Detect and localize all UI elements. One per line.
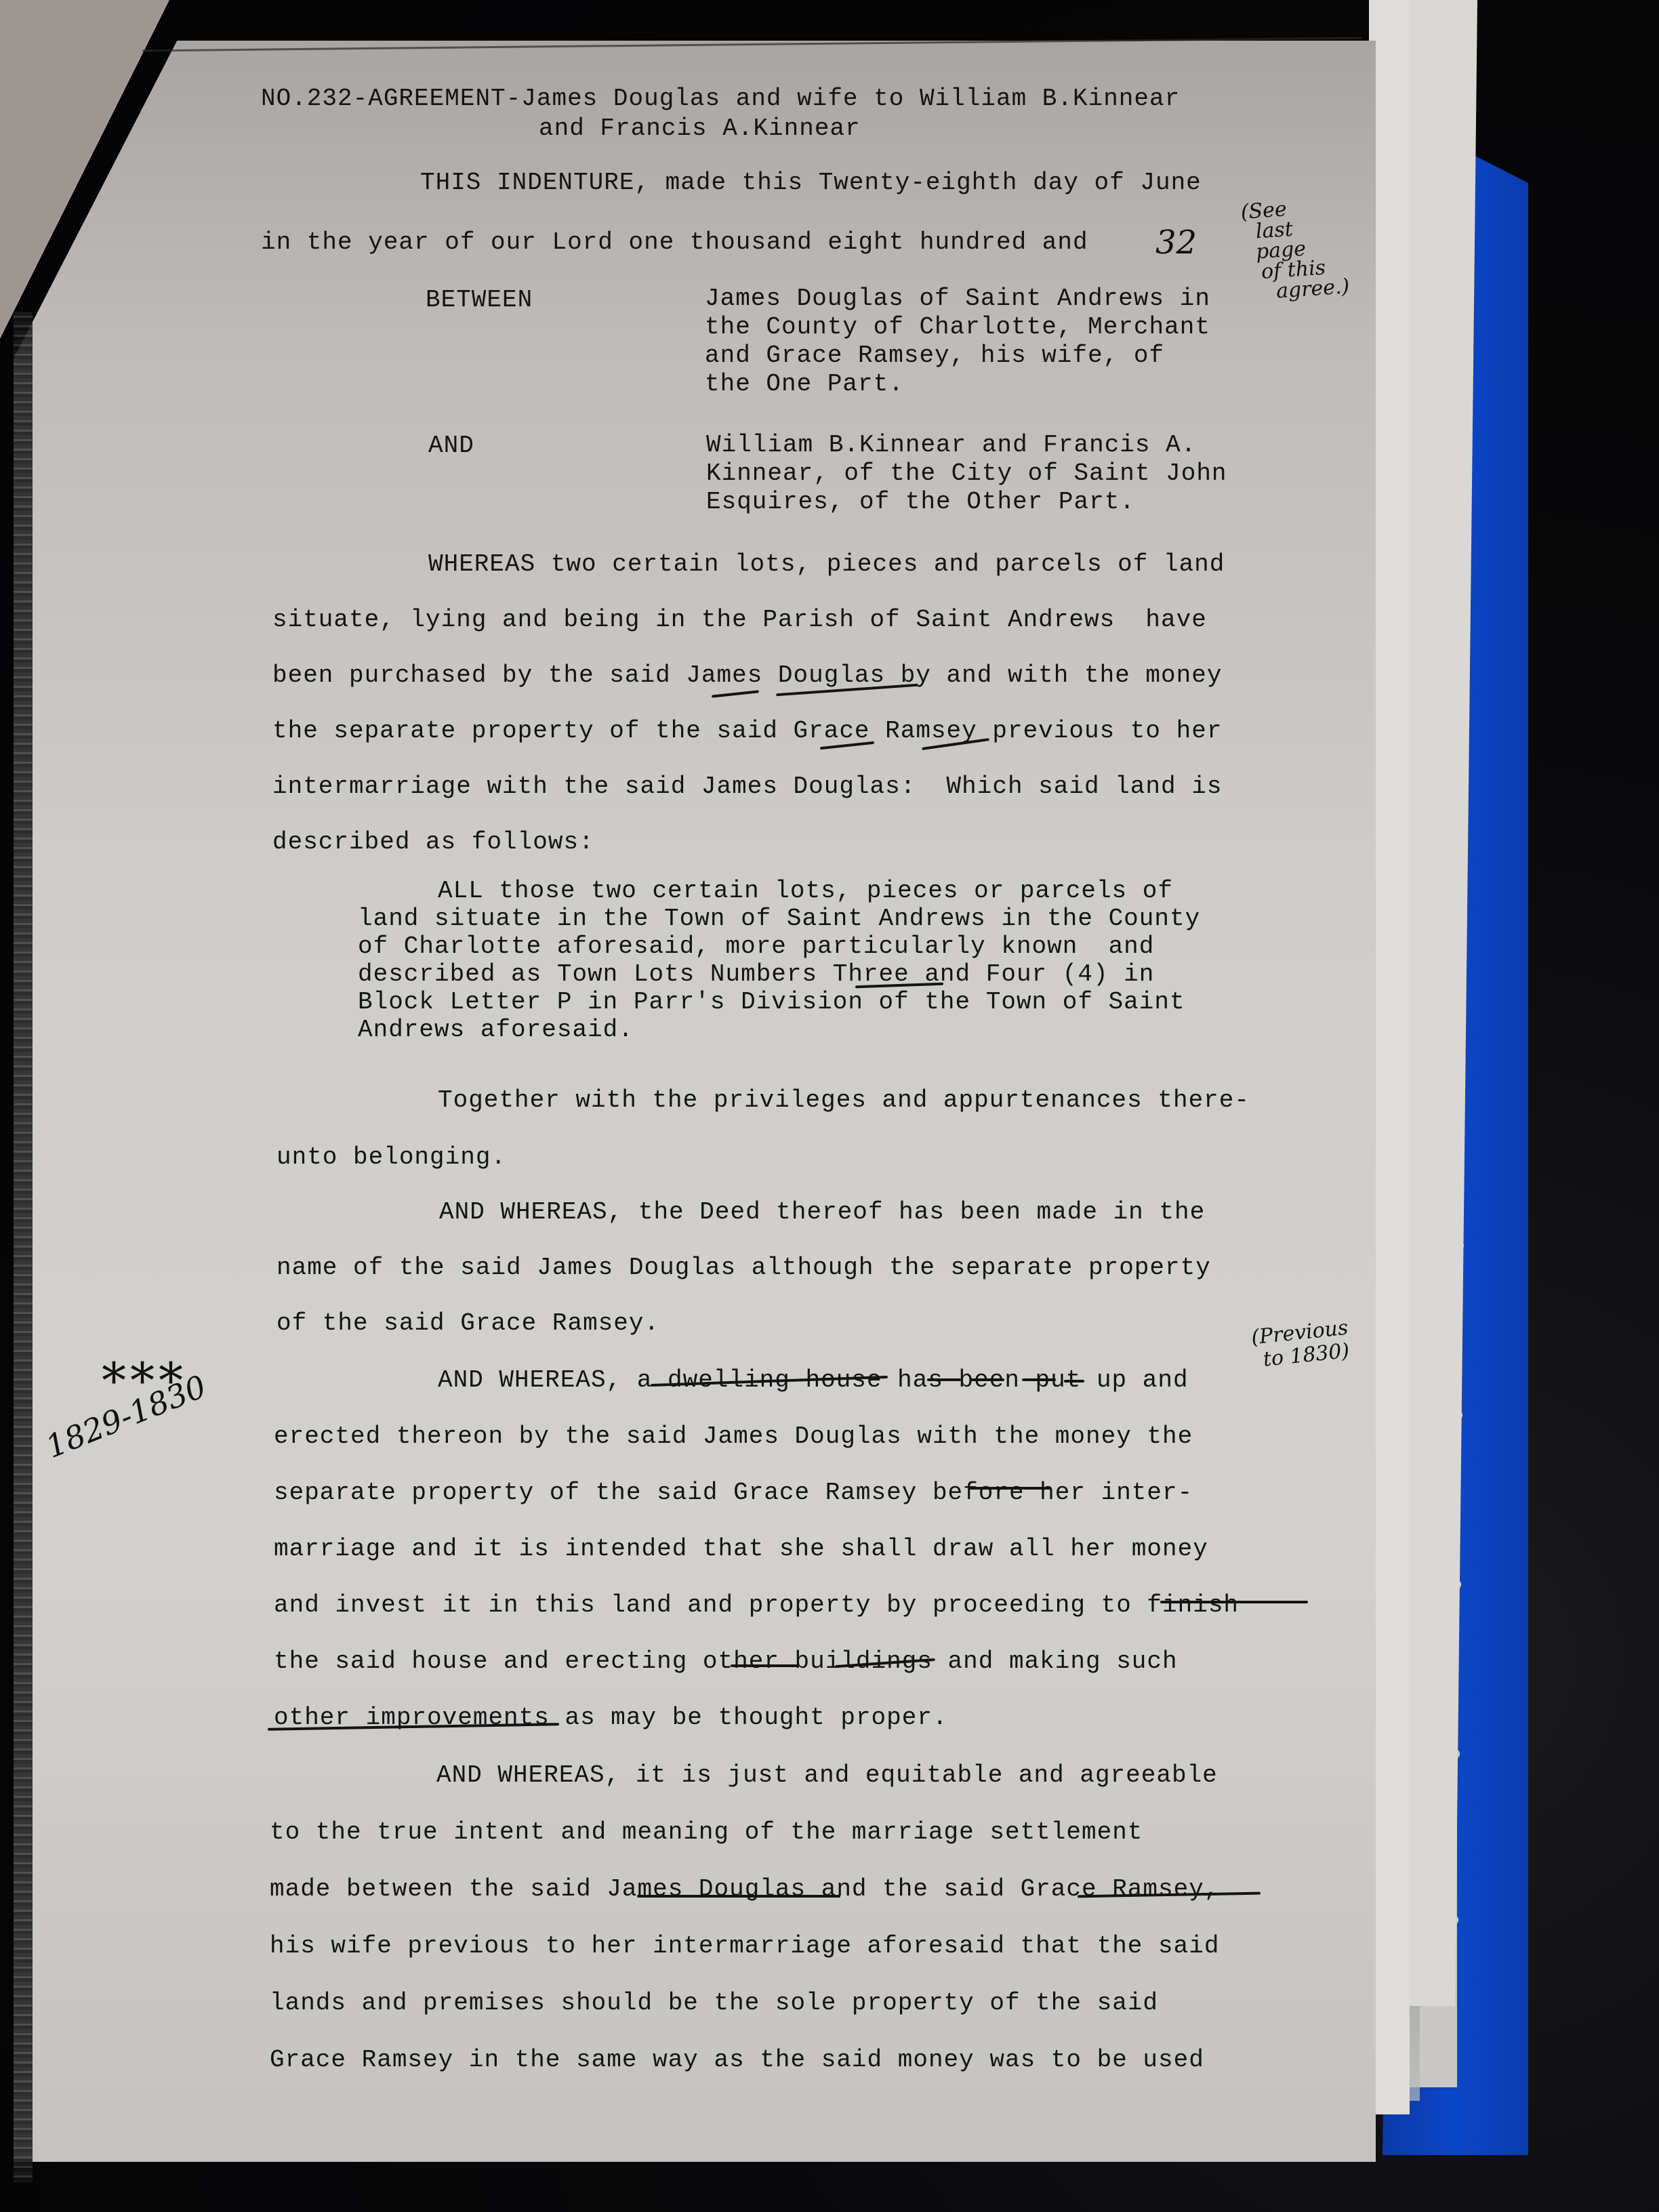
whereas-paragraph-4: AND WHEREAS, it is just and equitable an… xyxy=(270,1747,1219,2089)
description-line: land situate in the Town of Saint Andrew… xyxy=(358,905,1200,933)
page-edge-shadow xyxy=(14,312,33,2182)
description-line: ALL those two certain lots, pieces or pa… xyxy=(438,877,1280,905)
handwritten-underline xyxy=(731,1664,798,1667)
handwritten-underline xyxy=(970,1378,1004,1381)
description-line: of Charlotte aforesaid, more particularl… xyxy=(358,933,1200,960)
party-line: the County of Charlotte, Merchant xyxy=(705,313,1210,342)
together-paragraph: Together with the privileges and appurte… xyxy=(276,1072,1088,1186)
paragraph-line: situate, lying and being in the Parish o… xyxy=(272,592,1222,648)
handwritten-underline xyxy=(1064,1380,1084,1382)
paragraph-line: to the true intent and meaning of the ma… xyxy=(270,1804,1219,1861)
description-line: Andrews aforesaid. xyxy=(358,1016,1200,1044)
whereas-paragraph-3: AND WHEREAS, a dwelling house has been p… xyxy=(274,1352,1239,1746)
see-note-line: agree.) xyxy=(1275,276,1350,302)
indenture-intro: THIS INDENTURE, made this Twenty-eighth … xyxy=(420,171,1202,195)
party-line: William B.Kinnear and Francis A. xyxy=(706,431,1227,459)
whereas-paragraph-2: AND WHEREAS, the Deed thereof has been m… xyxy=(276,1185,1211,1351)
handwritten-underline xyxy=(1022,1378,1056,1381)
paragraph-line: unto belonging. xyxy=(276,1129,1088,1186)
paragraph-line: his wife previous to her intermarriage a… xyxy=(270,1918,1219,1975)
paragraph-line: intermarriage with the said James Dougla… xyxy=(272,759,1222,815)
handwritten-underline xyxy=(637,1895,840,1898)
party-label-and: AND xyxy=(428,434,474,458)
whereas-paragraph-1: WHEREAS two certain lots, pieces and par… xyxy=(272,537,1222,870)
year-insert-handwritten: 32 xyxy=(1155,224,1197,262)
party-line: and Grace Ramsey, his wife, of xyxy=(705,342,1210,370)
paragraph-line: erected thereon by the said James Dougla… xyxy=(274,1408,1239,1465)
party-line: Esquires, of the Other Part. xyxy=(706,488,1227,516)
indenture-intro-line-2: in the year of our Lord one thousand eig… xyxy=(261,230,1088,255)
paragraph-line: made between the said James Douglas and … xyxy=(270,1861,1219,1918)
paragraph-line: and invest it in this land and property … xyxy=(274,1577,1239,1633)
see-last-page-note: (See last page of this agree.) xyxy=(1240,197,1320,304)
description-line: described as Town Lots Numbers Three and… xyxy=(358,960,1200,988)
party-line: James Douglas of Saint Andrews in xyxy=(705,285,1210,313)
party-and-block: William B.Kinnear and Francis A. Kinnear… xyxy=(706,431,1227,516)
paragraph-line: AND WHEREAS, the Deed thereof has been m… xyxy=(439,1185,1374,1240)
handwritten-underline xyxy=(927,1378,961,1381)
paragraph-line: other improvements as may be thought pro… xyxy=(274,1689,1239,1746)
paragraph-line: described as follows: xyxy=(272,815,1222,870)
paragraph-line: lands and premises should be the sole pr… xyxy=(270,1975,1219,2032)
paragraph-line: marriage and it is intended that she sha… xyxy=(274,1521,1239,1577)
paragraph-line: the separate property of the said Grace … xyxy=(272,703,1222,759)
paragraph-line: Together with the privileges and appurte… xyxy=(438,1072,1250,1129)
land-description: ALL those two certain lots, pieces or pa… xyxy=(358,877,1200,1044)
paragraph-line: Grace Ramsey in the same way as the said… xyxy=(270,2032,1219,2089)
description-line: Block Letter P in Parr's Division of the… xyxy=(358,988,1200,1016)
handwritten-underline xyxy=(1160,1601,1308,1603)
handwritten-underline xyxy=(969,1487,1050,1490)
paragraph-line: WHEREAS two certain lots, pieces and par… xyxy=(428,537,1378,592)
party-line: the One Part. xyxy=(705,370,1210,398)
paragraph-line: separate property of the said Grace Rams… xyxy=(274,1465,1239,1521)
document-title-line-2: and Francis A.Kinnear xyxy=(539,117,861,141)
document-title: NO.232-AGREEMENT-James Douglas and wife … xyxy=(261,87,1180,111)
party-label-between: BETWEEN xyxy=(426,288,533,312)
paragraph-line: AND WHEREAS, it is just and equitable an… xyxy=(436,1747,1386,1804)
paragraph-line: of the said Grace Ramsey. xyxy=(276,1296,1211,1351)
paragraph-line: name of the said James Douglas although … xyxy=(276,1240,1211,1296)
party-between-block: James Douglas of Saint Andrews in the Co… xyxy=(705,285,1210,398)
party-line: Kinnear, of the City of Saint John xyxy=(706,459,1227,488)
paragraph-line: the said house and erecting other buildi… xyxy=(274,1633,1239,1689)
paragraph-line: been purchased by the said James Douglas… xyxy=(272,648,1222,703)
